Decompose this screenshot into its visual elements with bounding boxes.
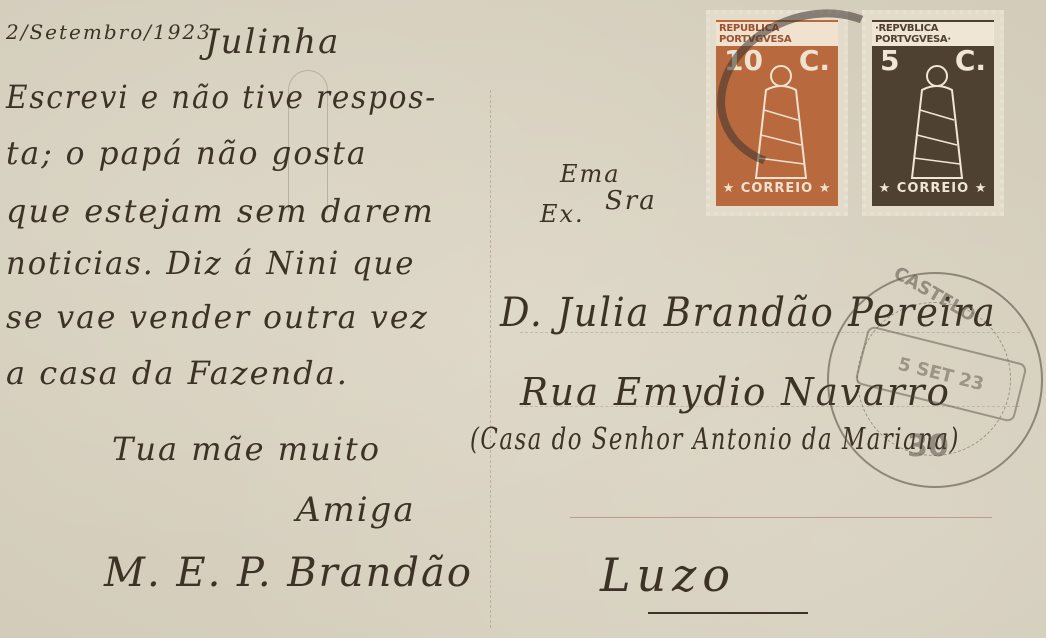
city-underline xyxy=(570,517,992,518)
stamp-label: CORREIO xyxy=(897,181,969,196)
message-line: ta; o papá não gosta xyxy=(6,134,367,172)
address-honorific: Sra xyxy=(605,186,657,216)
address-city: Luzo xyxy=(600,548,736,602)
message-signature: M. E. P. Brandão xyxy=(104,550,473,596)
message-closing: Tua mãe muito xyxy=(112,430,381,468)
message-date: 2/Setembro/1923 xyxy=(6,20,212,44)
postmark: CASTELO 5 SET 23 30 xyxy=(827,272,1043,488)
message-line: a casa da Fazenda. xyxy=(6,354,349,392)
ceres-figure-icon xyxy=(902,60,972,180)
message-line: se vae vender outra vez xyxy=(6,298,429,336)
center-divider xyxy=(490,90,491,630)
message-line: que estejam sem darem xyxy=(6,192,435,230)
message-salutation: Julinha xyxy=(205,22,340,62)
message-line: Escrevi e não tive respos- xyxy=(6,78,437,116)
message-line: noticias. Diz á Nini que xyxy=(6,244,415,282)
address-honorific: Ema xyxy=(560,160,621,188)
city-underline-ink xyxy=(648,612,808,614)
postcard: 2/Setembro/1923 Julinha Escrevi e não ti… xyxy=(0,0,1046,638)
message-closing: Amiga xyxy=(296,490,416,530)
stamp-label: CORREIO xyxy=(741,181,813,196)
postmark-number: 30 xyxy=(907,429,949,464)
address-honorific: Ex. xyxy=(540,200,585,228)
